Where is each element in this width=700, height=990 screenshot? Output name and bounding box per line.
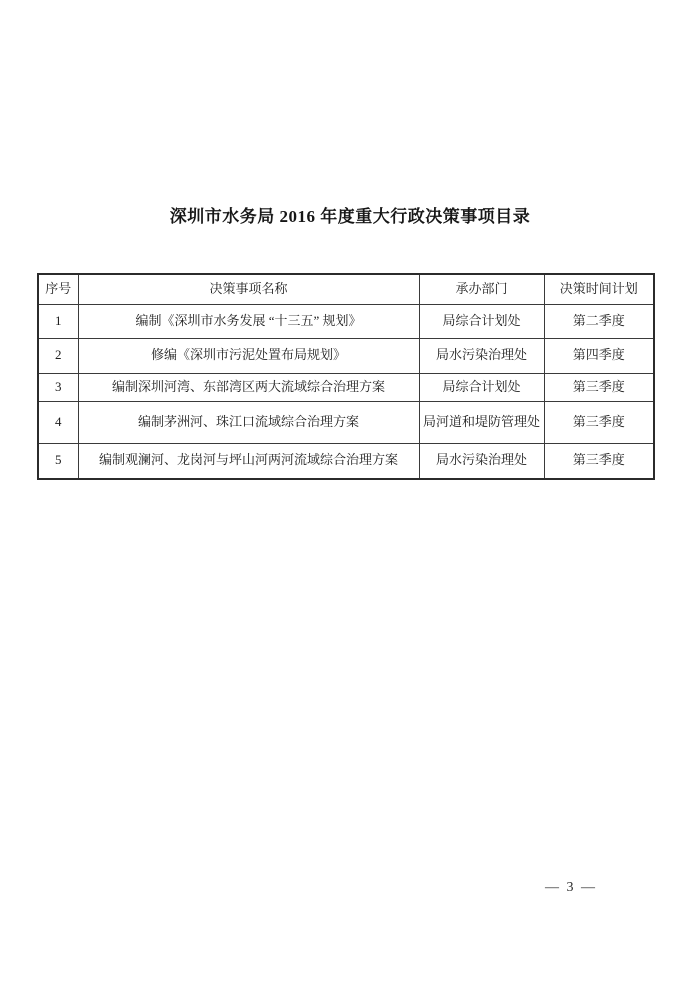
table-row: 2 修编《深圳市污泥处置布局规划》 局水污染治理处 第四季度	[38, 338, 654, 373]
cell-decision-time-plan: 第二季度	[544, 304, 654, 338]
table-row: 1 编制《深圳市水务发展 “十三五” 规划》 局综合计划处 第二季度	[38, 304, 654, 338]
table-row: 4 编制茅洲河、珠江口流域综合治理方案 局河道和堤防管理处 第三季度	[38, 401, 654, 443]
decision-items-table: 序号 决策事项名称 承办部门 决策时间计划 1 编制《深圳市水务发展 “十三五”…	[37, 273, 655, 480]
cell-decision-item-name: 编制《深圳市水务发展 “十三五” 规划》	[78, 304, 419, 338]
cell-decision-item-name: 编制茅洲河、珠江口流域综合治理方案	[78, 401, 419, 443]
header-decision-time-plan: 决策时间计划	[544, 274, 654, 304]
cell-responsible-department: 局河道和堤防管理处	[419, 401, 544, 443]
table-row: 5 编制观澜河、龙岗河与坪山河两河流域综合治理方案 局水污染治理处 第三季度	[38, 443, 654, 479]
table-header-row: 序号 决策事项名称 承办部门 决策时间计划	[38, 274, 654, 304]
cell-decision-time-plan: 第三季度	[544, 443, 654, 479]
table-row: 3 编制深圳河湾、东部湾区两大流域综合治理方案 局综合计划处 第三季度	[38, 373, 654, 401]
cell-decision-time-plan: 第三季度	[544, 401, 654, 443]
cell-serial-number: 5	[38, 443, 78, 479]
cell-responsible-department: 局综合计划处	[419, 373, 544, 401]
page-number: — 3 —	[545, 880, 597, 896]
cell-decision-time-plan: 第四季度	[544, 338, 654, 373]
cell-responsible-department: 局水污染治理处	[419, 443, 544, 479]
cell-serial-number: 1	[38, 304, 78, 338]
cell-decision-item-name: 编制深圳河湾、东部湾区两大流域综合治理方案	[78, 373, 419, 401]
header-responsible-department: 承办部门	[419, 274, 544, 304]
cell-decision-item-name: 修编《深圳市污泥处置布局规划》	[78, 338, 419, 373]
cell-serial-number: 4	[38, 401, 78, 443]
header-serial-number: 序号	[38, 274, 78, 304]
cell-serial-number: 3	[38, 373, 78, 401]
cell-responsible-department: 局水污染治理处	[419, 338, 544, 373]
cell-responsible-department: 局综合计划处	[419, 304, 544, 338]
cell-serial-number: 2	[38, 338, 78, 373]
header-decision-item-name: 决策事项名称	[78, 274, 419, 304]
document-page: 深圳市水务局 2016 年度重大行政决策事项目录 序号 决策事项名称 承办部门 …	[0, 0, 700, 990]
cell-decision-time-plan: 第三季度	[544, 373, 654, 401]
cell-decision-item-name: 编制观澜河、龙岗河与坪山河两河流域综合治理方案	[78, 443, 419, 479]
page-title: 深圳市水务局 2016 年度重大行政决策事项目录	[0, 202, 700, 227]
